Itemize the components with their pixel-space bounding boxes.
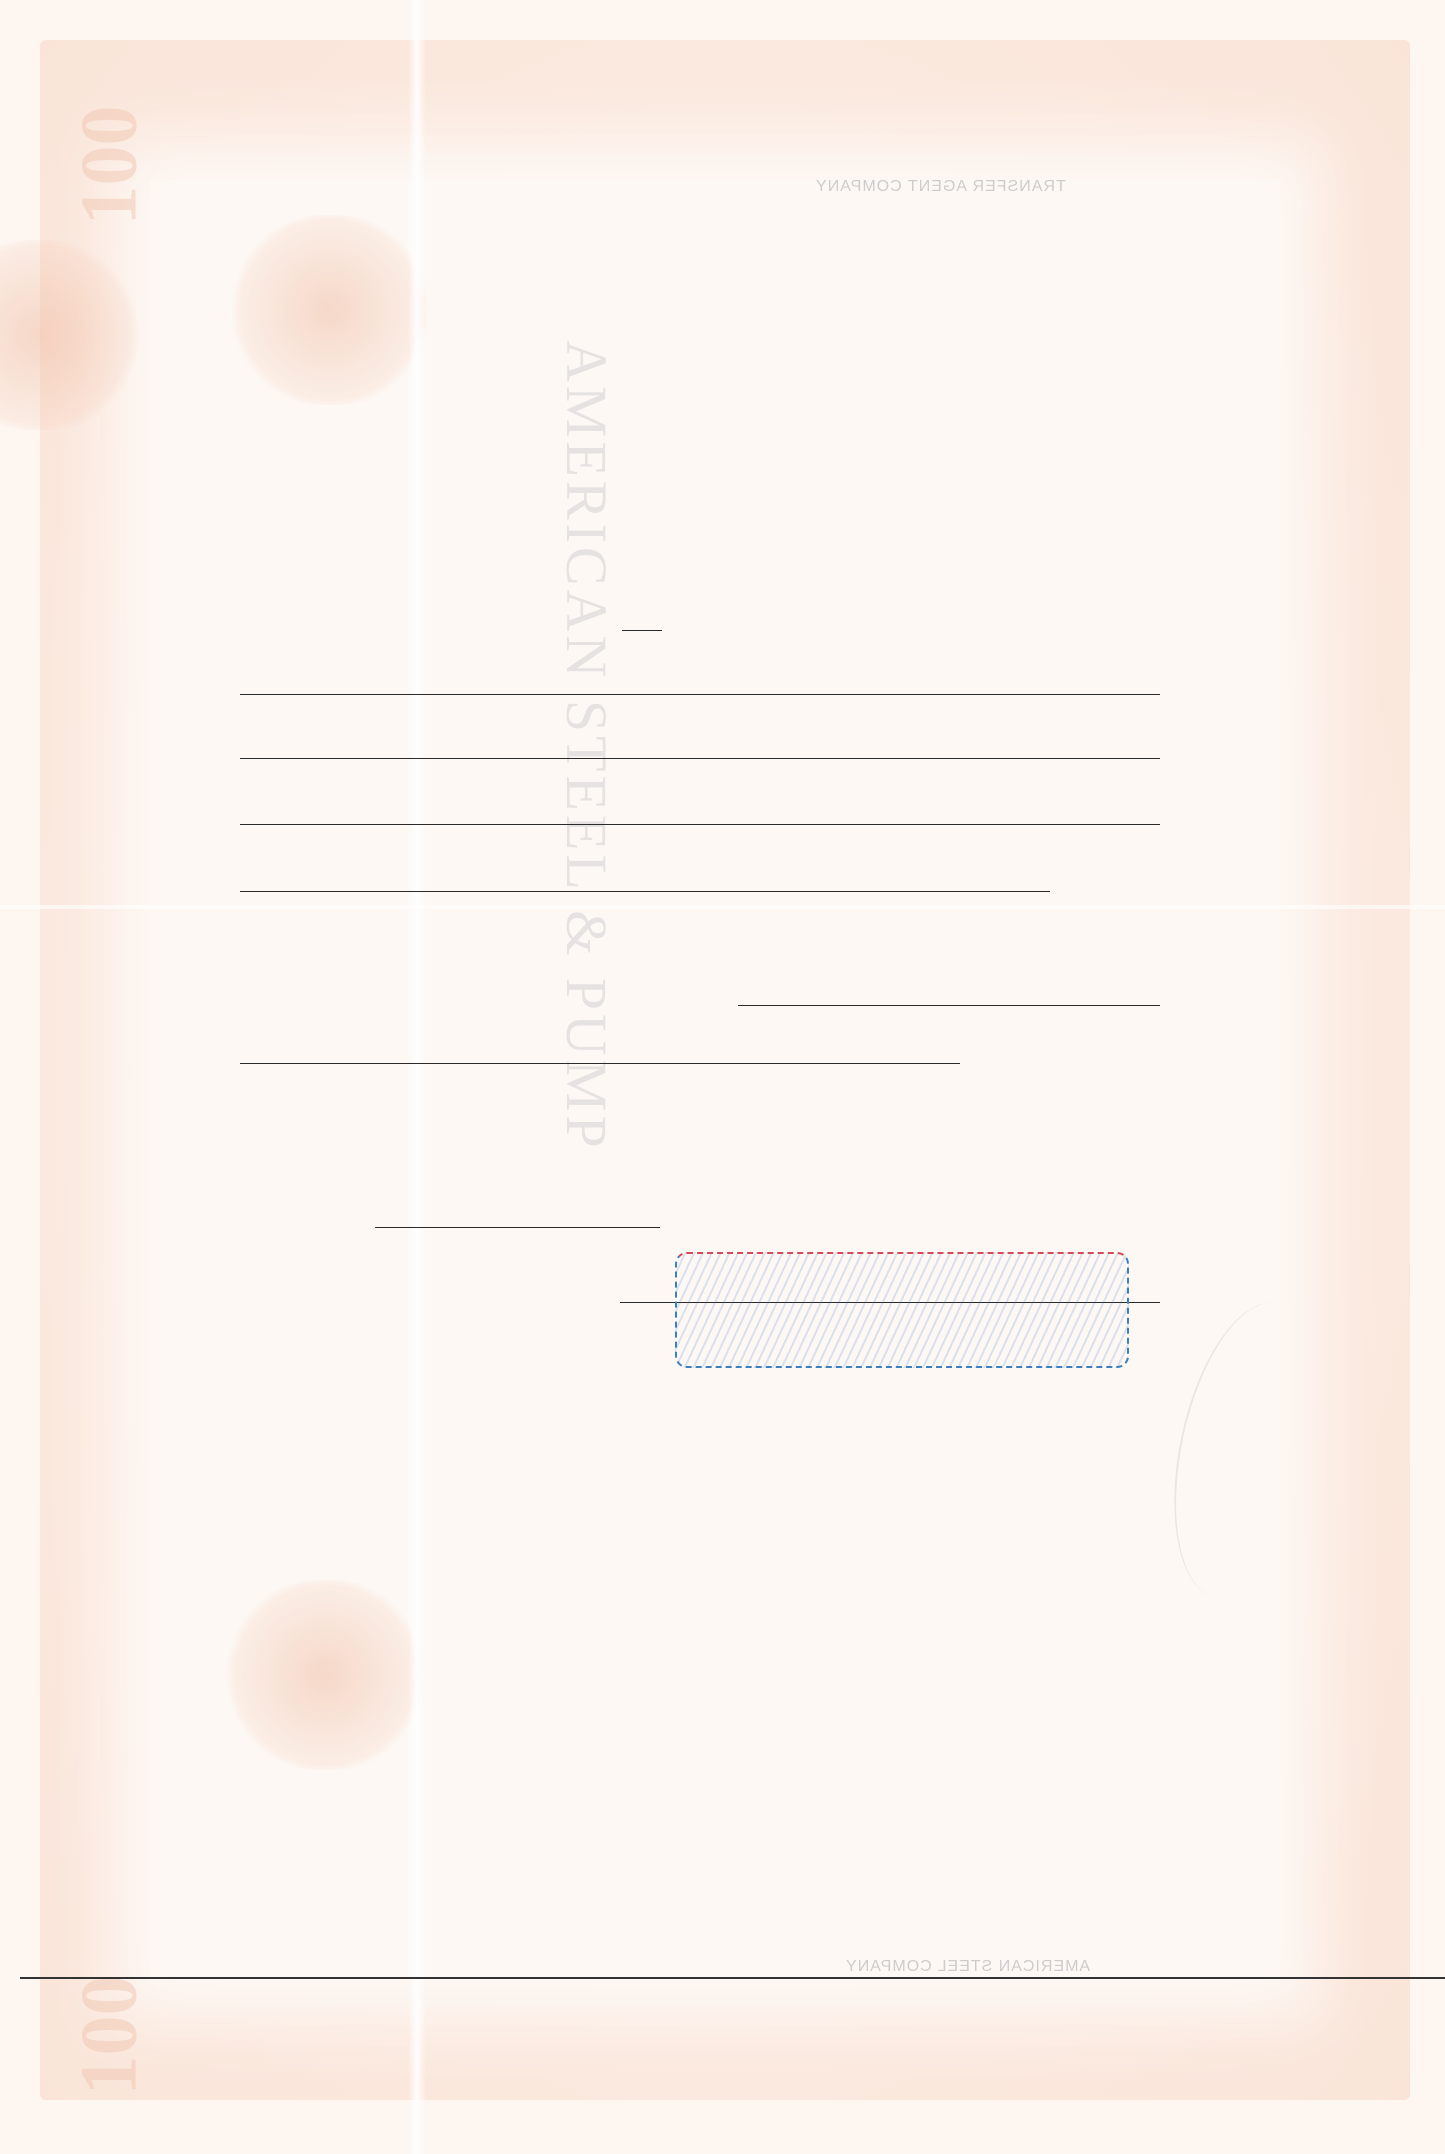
company-name-ghost: AMERICAN STEEL COMPANY [845,1958,1090,1976]
rosette-ornament [230,215,430,405]
signature-guarantee-stamp [675,1252,1129,1368]
denomination-ghost: 100 [65,1976,156,2096]
assignee-address-line[interactable] [240,758,1160,759]
attorney-name-line-2[interactable] [240,1063,960,1064]
assignee-name-line[interactable] [240,694,1160,695]
assignee-address-line-2[interactable] [240,824,1160,825]
paper-fold [0,905,1445,909]
shares-count-line[interactable] [240,891,1050,892]
bottom-divider [20,1977,1445,1979]
company-name-ghost: TRANSFER AGENT COMPANY [815,178,1066,196]
rosette-ornament [225,1580,425,1770]
denomination-ghost: 100 [65,106,156,226]
paper-fold [408,0,426,2154]
face-text-ghost: AMERICAN STEEL & PUMP [553,340,620,1152]
attorney-name-line[interactable] [738,1005,1160,1006]
date-line[interactable] [375,1227,660,1228]
assignor-blank-line[interactable] [622,630,662,631]
